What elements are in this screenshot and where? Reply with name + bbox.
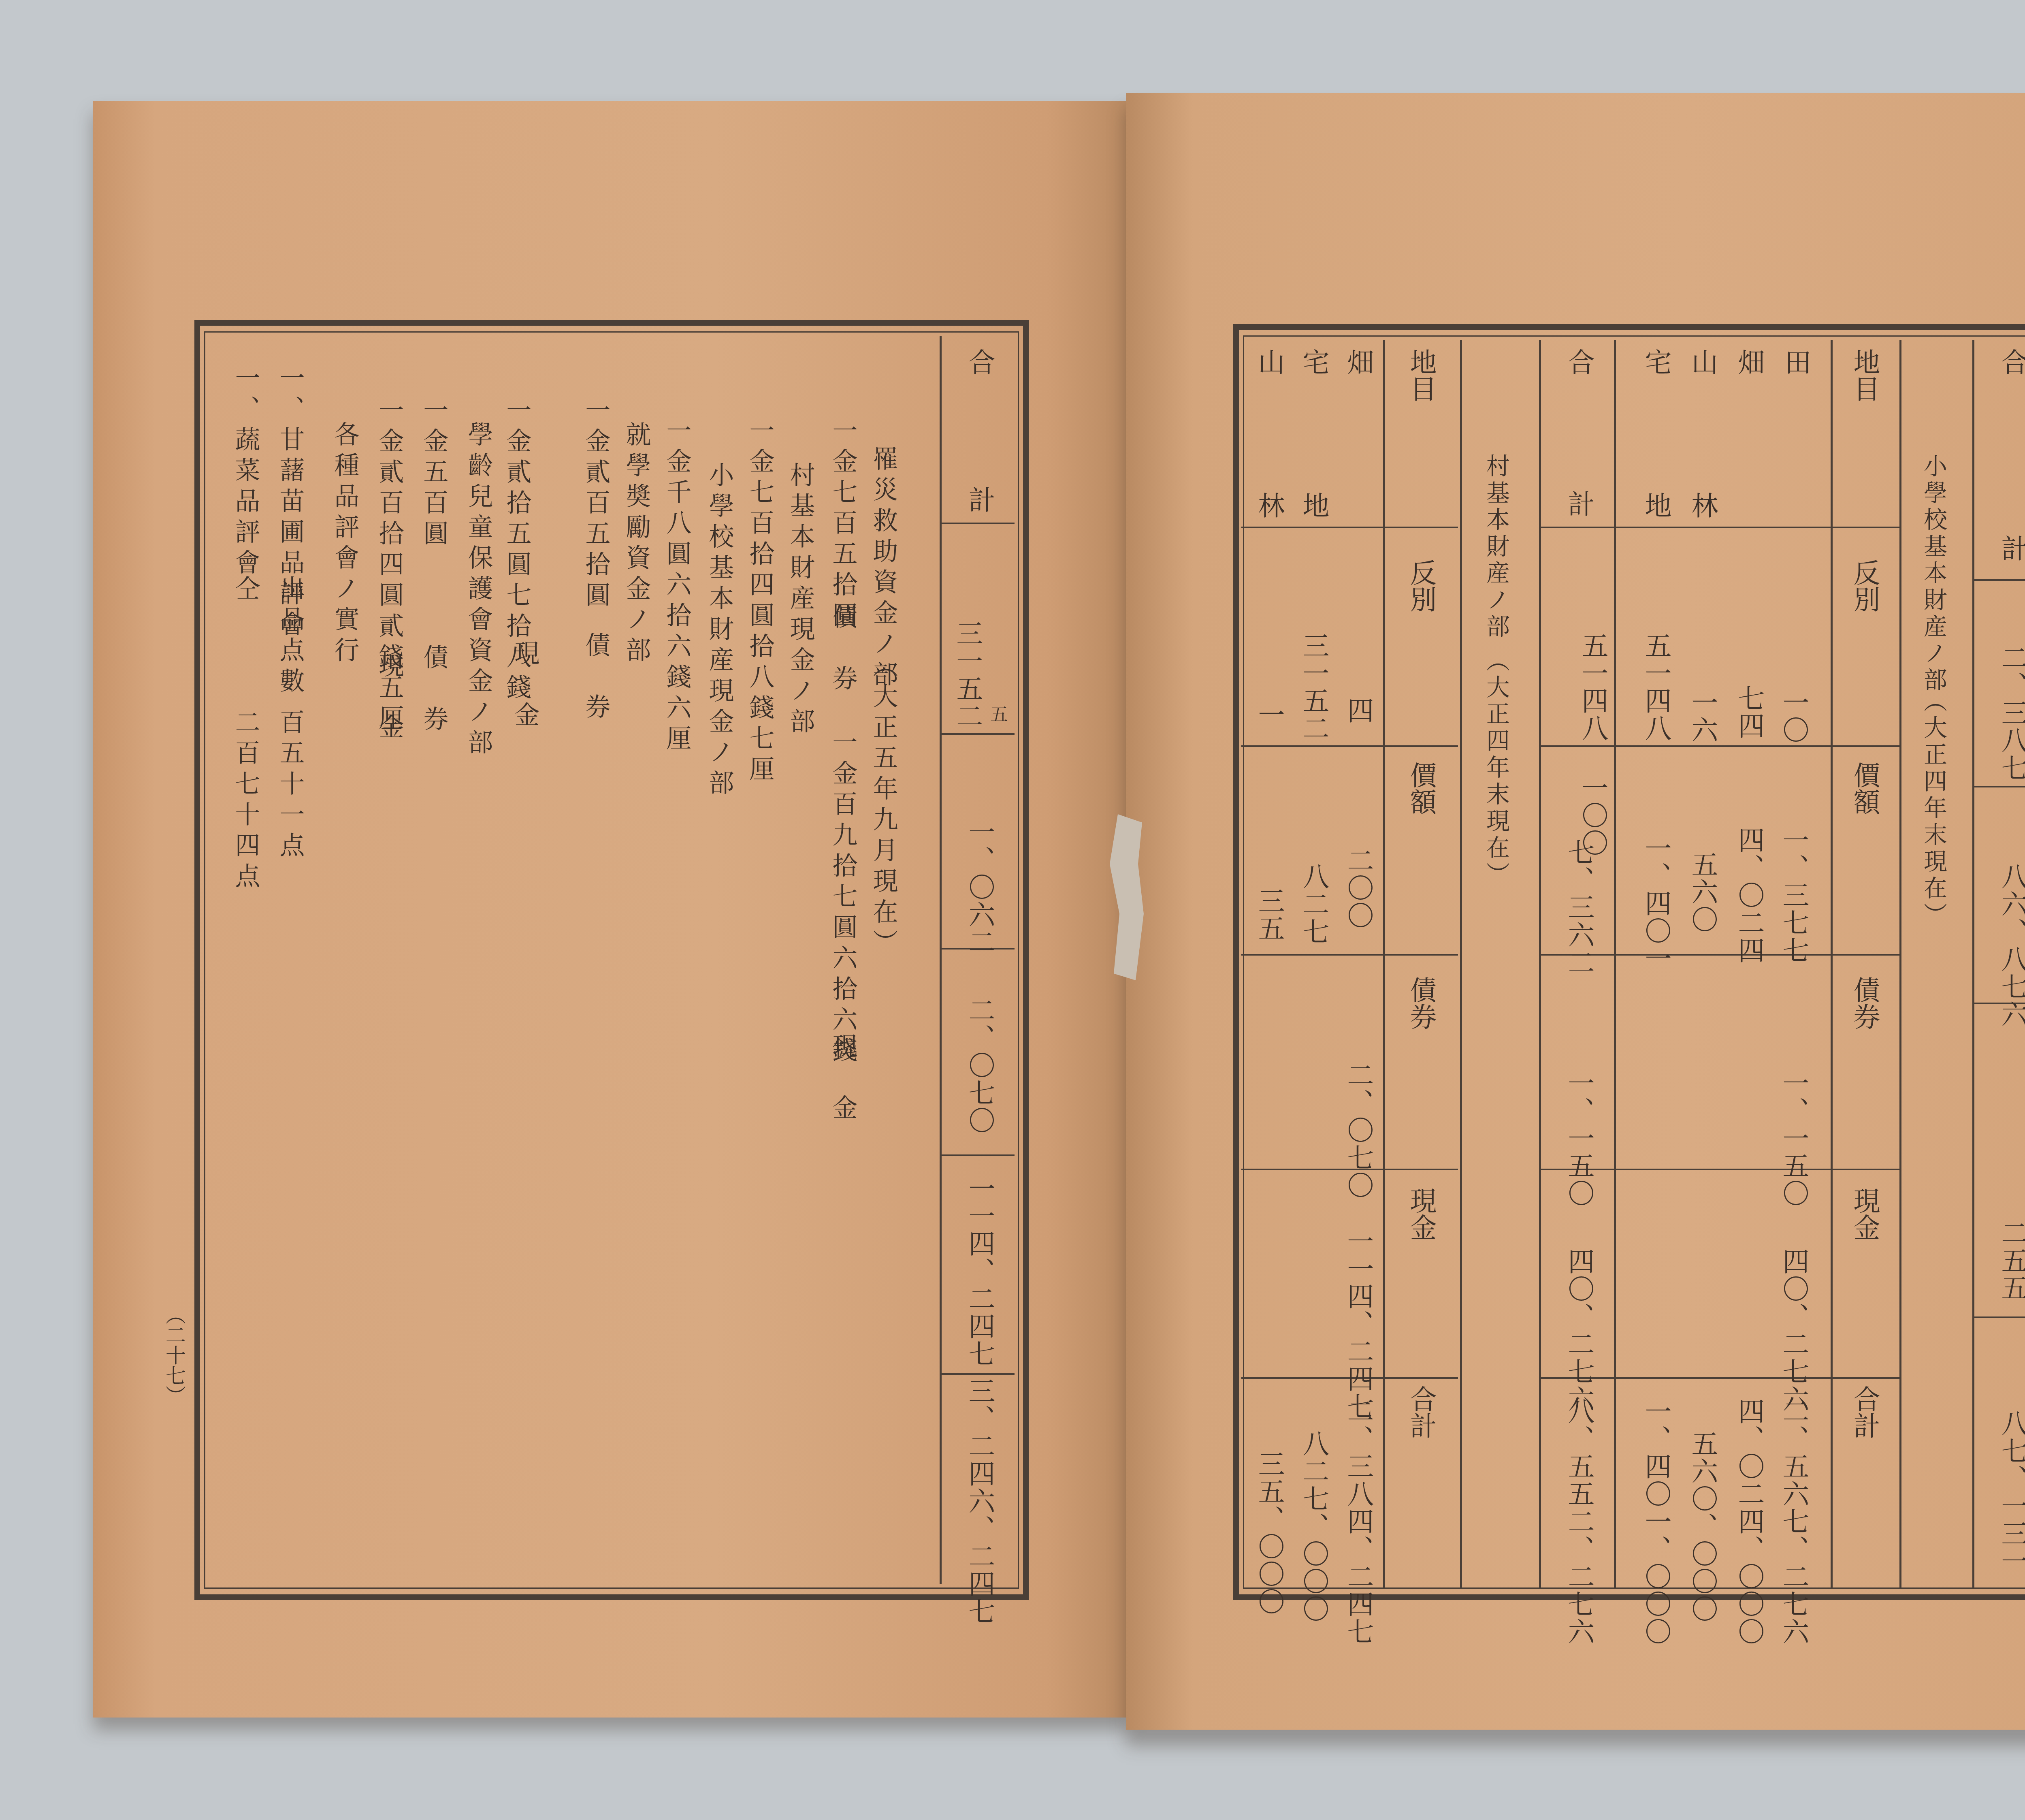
kagaku-sanrin: 五六〇 (1689, 851, 1716, 933)
item-amount: 一金七百拾四圓拾八錢七厘 (747, 417, 772, 787)
section-heading: 各種品評會ノ實行 (332, 421, 357, 668)
left-total-header-bottom: 計 (966, 486, 993, 513)
item-kind: 債 券 (421, 644, 446, 736)
school-total-value: 二五五 (1999, 1219, 2025, 1302)
row-header-genkin: 現金 (1851, 1187, 1878, 1240)
school-sum-header-top: 合 (1565, 348, 1592, 375)
village-kagaku-hata: 二〇〇 (1345, 847, 1371, 929)
village-land-hata: 畑 (1345, 348, 1371, 375)
land-type-hata: 畑 (1735, 348, 1762, 375)
village-section-note: （大正四年末現在） (1484, 648, 1508, 889)
tanbetsu-ta: 一〇 (1780, 689, 1807, 744)
row-header-kagaku: 價額 (1851, 762, 1878, 815)
school-total-value: 八六、八七六 (1999, 863, 2025, 1028)
village-section-title: 村基本財産ノ部 (1484, 454, 1508, 641)
saiken-school: 一、一五〇 (1780, 1069, 1807, 1207)
competition-count: 二百七十四点 (233, 709, 258, 894)
goukei-takuchi: 一、四〇一、〇〇〇 (1642, 1398, 1669, 1645)
school-sum-header-bottom: 計 (1565, 490, 1592, 517)
competition-label: 仝 (233, 575, 258, 606)
row-header-goukei: 合計 (1851, 1385, 1878, 1439)
village-tanbetsu-sanrin: 一 (1255, 701, 1282, 728)
village-saiken: 二、〇七〇 (1345, 1061, 1371, 1199)
left-table-frame (194, 320, 1029, 1600)
row-header-saiken: 債券 (1851, 976, 1878, 1030)
tanbetsu-sanrin: 一六 (1689, 689, 1716, 744)
section-heading: 就學奬勵資金ノ部 (624, 421, 649, 668)
item-kind: 現 金 (377, 652, 402, 745)
left-total-tan: 五 (988, 705, 1006, 723)
item-amount: 一金千八圓六拾六錢六厘 (664, 417, 689, 756)
school-sum-tanbetsu: 五一四八 一〇〇 (1561, 632, 1606, 857)
competition-name: 一、蔬菜品評會 (233, 365, 258, 580)
section-note: （大正五年九月現在） (871, 652, 896, 960)
item-amount: 一金百九拾七圓六拾六錢 (830, 729, 855, 1068)
land-type-ta: 田 (1782, 348, 1809, 375)
left-total-value: 三、二四六、二四七 (966, 1377, 993, 1625)
school-sum-genkin: 四〇、二七六 (1565, 1248, 1592, 1413)
land-type-sanrin: 山林 (1689, 348, 1716, 518)
competition-label: 出品点數 (277, 575, 303, 698)
item-amount: 一金五百圓 (421, 397, 446, 551)
village-row-header-chimoku: 地目 (1407, 348, 1434, 402)
school-sum-saiken: 一、一五〇 (1565, 1069, 1592, 1207)
village-row-header-goukei: 合計 (1407, 1385, 1434, 1439)
village-tanbetsu-takuchi: 三一五二 (1300, 632, 1327, 742)
school-sum-goukei: 八、五五二、二七六 (1565, 1398, 1592, 1645)
genkin-school: 四〇、二七六 (1780, 1248, 1807, 1413)
school-total-header-top: 合 (1999, 348, 2025, 375)
row-header-chimoku: 地目 (1851, 348, 1878, 402)
competition-count: 百五十一点 (277, 709, 303, 863)
village-row-header-saiken: 債券 (1407, 976, 1434, 1030)
row-header-tanbetsu: 反別 (1851, 559, 1878, 612)
school-section-title: 小學校基本財産ノ部 (1922, 454, 1945, 694)
village-land-takuchi: 宅地 (1300, 348, 1327, 518)
section-heading: 學齡兒童保護會資金ノ部 (466, 421, 491, 760)
village-row-header-genkin: 現金 (1407, 1187, 1434, 1240)
land-type-takuchi: 宅地 (1642, 348, 1669, 518)
section-heading: 村基本財産現金ノ部 (788, 462, 813, 739)
kagaku-ta: 一、三七七 (1780, 826, 1807, 964)
item-amount: 一金貳百五拾圓 (583, 397, 608, 612)
kagaku-takuchi: 一、四〇一 (1642, 834, 1669, 972)
item-kind: 債 券 (583, 632, 608, 724)
village-row-header-kagaku: 價額 (1407, 762, 1434, 815)
item-kind: 現 金 (830, 1033, 855, 1125)
village-goukei-sanrin: 三五、〇〇〇 (1255, 1450, 1282, 1615)
school-sum-kagaku: 七、三六二 (1565, 839, 1592, 976)
left-total-header-top: 合 (966, 348, 993, 375)
village-goukei-hata: 二、三八四、二四七 (1345, 1398, 1371, 1645)
goukei-sanrin: 五六〇、〇〇〇 (1689, 1430, 1716, 1623)
village-tanbetsu-hata: 四 (1345, 697, 1371, 724)
goukei-ta: 二、五六七、二七六 (1780, 1398, 1807, 1645)
left-total-value: 一、〇六二 (966, 818, 993, 956)
left-total-value: 二、〇七〇 (966, 996, 993, 1134)
page-number-left: （二十七） (164, 1304, 184, 1406)
school-total-value: 八七、一三一 (1999, 1410, 2025, 1575)
village-kagaku-takuchi: 八二七 (1300, 863, 1327, 945)
school-total-value: 二、三八七 (1999, 644, 2025, 782)
item-kind: 現 金 (512, 640, 537, 732)
village-goukei-takuchi: 八二七、〇〇〇 (1300, 1430, 1327, 1623)
item-kind: 債 券 (830, 604, 855, 696)
village-row-header-tanbetsu: 反別 (1407, 559, 1434, 612)
goukei-hata: 四、〇二四、〇〇〇 (1735, 1398, 1762, 1645)
left-total-value: 三一五二 (954, 620, 981, 730)
kagaku-hata: 四、〇二四 (1735, 826, 1762, 964)
left-total-value: 一一四、二四七 (966, 1175, 993, 1368)
section-heading: 小學校基本財産現金ノ部 (707, 462, 732, 800)
item-amount: 一金七百五拾圓 (830, 417, 855, 633)
school-section-note: （大正四年末現在） (1922, 689, 1945, 929)
tanbetsu-takuchi: 五一四八 (1642, 632, 1669, 742)
village-genkin: 一一四、二四七 (1345, 1227, 1371, 1420)
tanbetsu-hata: 七四 (1735, 685, 1762, 740)
school-total-header-bottom: 計 (1999, 535, 2025, 561)
village-kagaku-sanrin: 三五 (1255, 887, 1282, 942)
village-land-sanrin: 山林 (1255, 348, 1282, 518)
